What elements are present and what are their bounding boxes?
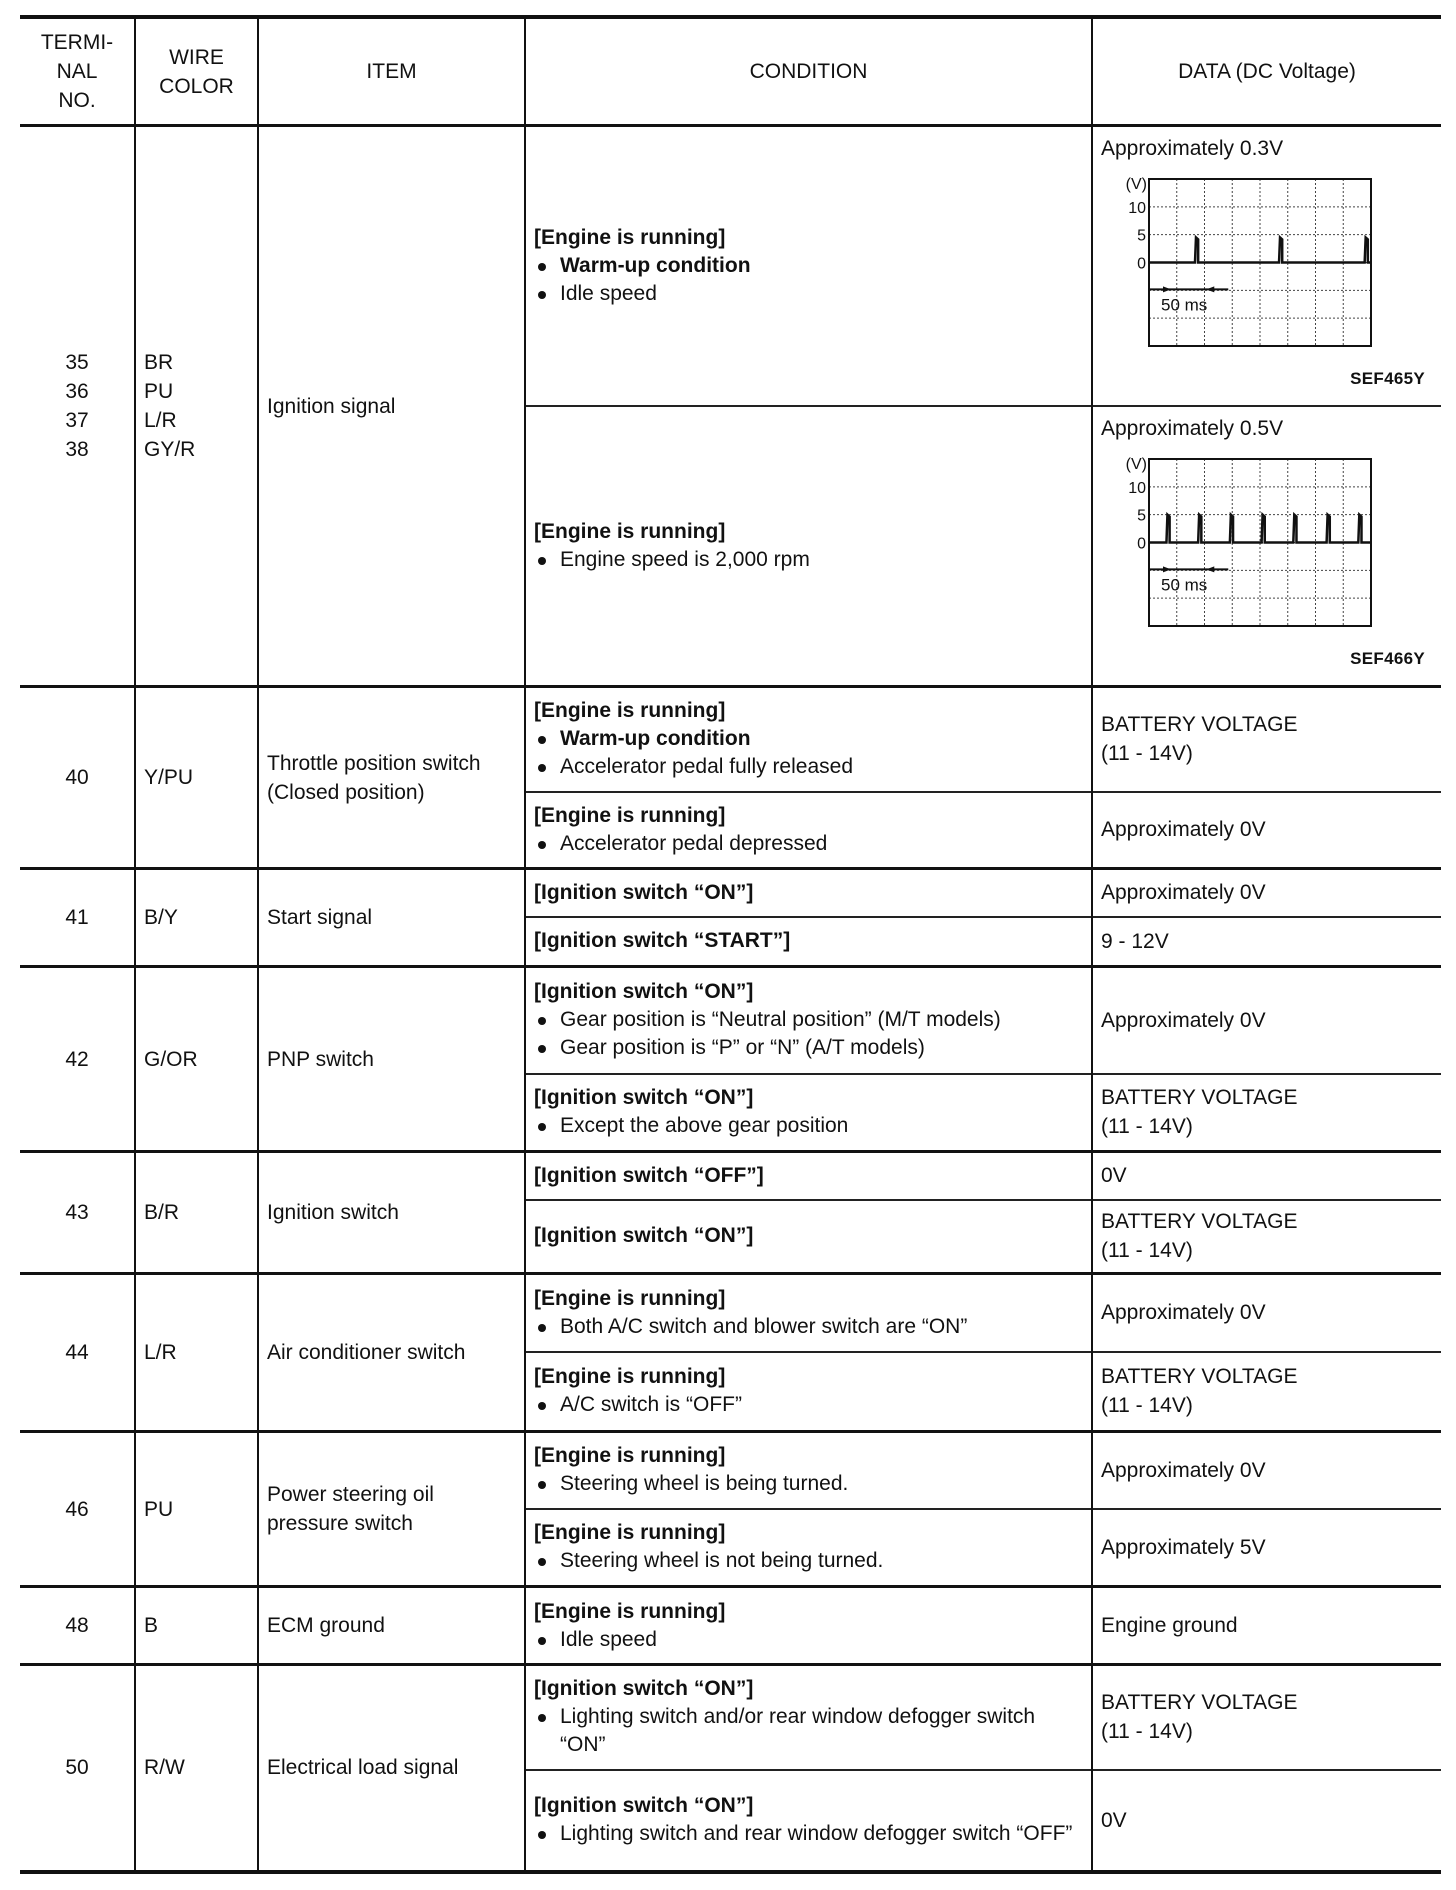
condition-heading: [Engine is running] bbox=[534, 1519, 1083, 1547]
condition-heading: [Ignition switch “ON”] bbox=[534, 1792, 1083, 1820]
item-name: Electrical load signal bbox=[267, 1753, 524, 1782]
condition-bullet: Gear position is “P” or “N” (A/T models) bbox=[534, 1034, 1083, 1062]
data-cell: BATTERY VOLTAGE(11 - 14V) bbox=[1092, 1074, 1441, 1152]
data-cell: BATTERY VOLTAGE(11 - 14V) bbox=[1092, 1665, 1441, 1770]
table-row: 35363738BRPUL/RGY/RIgnition signal[Engin… bbox=[20, 126, 1441, 407]
item-name: PNP switch bbox=[267, 1045, 524, 1074]
condition-cell: [Ignition switch “ON”]Except the above g… bbox=[525, 1074, 1092, 1152]
item-cell: Electrical load signal bbox=[258, 1665, 525, 1872]
terminal-no-cell: 46 bbox=[20, 1432, 135, 1587]
wire-color: PU bbox=[144, 1495, 257, 1524]
wire-color: Y/PU bbox=[144, 763, 257, 792]
table-row: 41B/YStart signal[Ignition switch “ON”]A… bbox=[20, 869, 1441, 917]
condition-cell: [Engine is running]Engine speed is 2,000… bbox=[525, 406, 1092, 687]
wire-color: PU bbox=[144, 377, 257, 406]
terminal-reference-page: TERMI-NALNO. WIRECOLOR ITEM CONDITION DA… bbox=[20, 15, 1441, 1874]
data-cell: Approximately 0V bbox=[1092, 967, 1441, 1074]
voltage-value: Approximately 0.5V bbox=[1101, 415, 1283, 443]
svg-text:10: 10 bbox=[1128, 200, 1146, 217]
condition-heading: [Ignition switch “ON”] bbox=[534, 1084, 1083, 1112]
voltage-value: BATTERY VOLTAGE bbox=[1101, 1207, 1433, 1236]
header-terminal-no: TERMI-NALNO. bbox=[20, 17, 135, 126]
terminal-no: 44 bbox=[20, 1338, 134, 1367]
condition-heading: [Ignition switch “ON”] bbox=[534, 879, 1083, 907]
terminal-no: 40 bbox=[20, 763, 134, 792]
condition-heading: [Engine is running] bbox=[534, 224, 1083, 252]
svg-text:50 ms: 50 ms bbox=[1161, 575, 1207, 594]
condition-heading: [Ignition switch “ON”] bbox=[534, 1222, 1083, 1250]
table-row: 42G/ORPNP switch[Ignition switch “ON”]Ge… bbox=[20, 967, 1441, 1074]
item-cell: PNP switch bbox=[258, 967, 525, 1152]
item-name: Ignition signal bbox=[267, 392, 524, 421]
wire-color: GY/R bbox=[144, 435, 257, 464]
terminal-no-cell: 48 bbox=[20, 1587, 135, 1665]
condition-cell: [Engine is running]A/C switch is “OFF” bbox=[525, 1352, 1092, 1432]
wire-color: R/W bbox=[144, 1753, 257, 1782]
item-name: Throttle position switch bbox=[267, 749, 524, 778]
condition-cell: [Engine is running]Warm-up conditionAcce… bbox=[525, 687, 1092, 792]
condition-bullet: A/C switch is “OFF” bbox=[534, 1391, 1083, 1419]
condition-bullet: Except the above gear position bbox=[534, 1112, 1083, 1140]
condition-bullet: Accelerator pedal fully released bbox=[534, 753, 1083, 781]
condition-cell: [Ignition switch “OFF”] bbox=[525, 1152, 1092, 1200]
voltage-value: 0V bbox=[1101, 1806, 1433, 1835]
terminal-no: 35 bbox=[20, 348, 134, 377]
svg-text:(V): (V) bbox=[1126, 176, 1147, 193]
table-body: 35363738BRPUL/RGY/RIgnition signal[Engin… bbox=[20, 126, 1441, 1872]
data-cell: BATTERY VOLTAGE(11 - 14V) bbox=[1092, 1352, 1441, 1432]
wire-color: L/R bbox=[144, 1338, 257, 1367]
data-cell: Approximately 0V bbox=[1092, 1274, 1441, 1352]
item-cell: Ignition switch bbox=[258, 1152, 525, 1274]
terminal-no-cell: 43 bbox=[20, 1152, 135, 1274]
condition-bullet: Steering wheel is being turned. bbox=[534, 1470, 1083, 1498]
terminal-no: 50 bbox=[20, 1753, 134, 1782]
terminal-no: 36 bbox=[20, 377, 134, 406]
header-text-line: NO. bbox=[20, 86, 134, 115]
terminal-no: 41 bbox=[20, 903, 134, 932]
voltage-value: Approximately 5V bbox=[1101, 1533, 1433, 1562]
data-cell: 0V bbox=[1092, 1152, 1441, 1200]
wire-color-cell: B bbox=[135, 1587, 258, 1665]
condition-cell: [Ignition switch “ON”]Gear position is “… bbox=[525, 967, 1092, 1074]
item-name: ECM ground bbox=[267, 1611, 524, 1640]
data-cell: Approximately 0V bbox=[1092, 1432, 1441, 1509]
condition-heading: [Engine is running] bbox=[534, 802, 1083, 830]
item-cell: Air conditioner switch bbox=[258, 1274, 525, 1432]
header-item: ITEM bbox=[258, 17, 525, 126]
condition-heading: [Engine is running] bbox=[534, 1442, 1083, 1470]
wire-color-cell: PU bbox=[135, 1432, 258, 1587]
condition-heading: [Engine is running] bbox=[534, 1285, 1083, 1313]
terminal-no: 37 bbox=[20, 406, 134, 435]
voltage-value: BATTERY VOLTAGE bbox=[1101, 710, 1433, 739]
voltage-value: (11 - 14V) bbox=[1101, 1112, 1433, 1141]
condition-bullet: Lighting switch and/or rear window defog… bbox=[534, 1703, 1083, 1759]
wire-color: BR bbox=[144, 348, 257, 377]
data-cell: Approximately 5V bbox=[1092, 1509, 1441, 1587]
svg-text:5: 5 bbox=[1137, 508, 1146, 525]
terminal-no-cell: 50 bbox=[20, 1665, 135, 1872]
header-text-line: COLOR bbox=[136, 72, 257, 101]
header-text-line: NAL bbox=[20, 57, 134, 86]
data-cell: 9 - 12V bbox=[1092, 917, 1441, 967]
voltage-value: (11 - 14V) bbox=[1101, 739, 1433, 768]
svg-text:5: 5 bbox=[1137, 228, 1146, 245]
item-cell: ECM ground bbox=[258, 1587, 525, 1665]
condition-bullet: Both A/C switch and blower switch are “O… bbox=[534, 1313, 1083, 1341]
header-data: DATA (DC Voltage) bbox=[1092, 17, 1441, 126]
condition-bullet: Warm-up condition bbox=[534, 725, 1083, 753]
wire-color-cell: R/W bbox=[135, 1665, 258, 1872]
voltage-value: (11 - 14V) bbox=[1101, 1391, 1433, 1420]
condition-cell: [Ignition switch “ON”]Lighting switch an… bbox=[525, 1770, 1092, 1872]
wire-color: L/R bbox=[144, 406, 257, 435]
item-name: pressure switch bbox=[267, 1509, 524, 1538]
voltage-value: (11 - 14V) bbox=[1101, 1717, 1433, 1746]
data-cell: Approximately 0.3V0510(V)50 msSEF465Y bbox=[1092, 126, 1441, 407]
condition-heading: [Engine is running] bbox=[534, 697, 1083, 725]
condition-heading: [Engine is running] bbox=[534, 1363, 1083, 1391]
data-cell: Approximately 0V bbox=[1092, 869, 1441, 917]
wire-color: B/Y bbox=[144, 903, 257, 932]
condition-cell: [Engine is running]Idle speed bbox=[525, 1587, 1092, 1665]
svg-text:50 ms: 50 ms bbox=[1161, 295, 1207, 314]
svg-text:(V): (V) bbox=[1126, 456, 1147, 473]
terminal-no: 38 bbox=[20, 435, 134, 464]
condition-heading: [Ignition switch “OFF”] bbox=[534, 1162, 1083, 1190]
ecm-terminal-table: TERMI-NALNO. WIRECOLOR ITEM CONDITION DA… bbox=[20, 15, 1441, 1874]
condition-bullet: Idle speed bbox=[534, 1626, 1083, 1654]
condition-bullet: Idle speed bbox=[534, 280, 1083, 308]
condition-cell: [Ignition switch “ON”] bbox=[525, 1200, 1092, 1274]
voltage-value: BATTERY VOLTAGE bbox=[1101, 1083, 1433, 1112]
item-name: Ignition switch bbox=[267, 1198, 524, 1227]
item-name: Air conditioner switch bbox=[267, 1338, 524, 1367]
condition-heading: [Engine is running] bbox=[534, 518, 1083, 546]
item-cell: Start signal bbox=[258, 869, 525, 967]
data-cell: Approximately 0.5V0510(V)50 msSEF466Y bbox=[1092, 406, 1441, 687]
item-cell: Ignition signal bbox=[258, 126, 525, 687]
svg-text:0: 0 bbox=[1137, 256, 1146, 273]
voltage-value: 0V bbox=[1101, 1161, 1433, 1190]
condition-heading: [Ignition switch “START”] bbox=[534, 927, 1083, 955]
wire-color: B bbox=[144, 1611, 257, 1640]
item-cell: Throttle position switch(Closed position… bbox=[258, 687, 525, 869]
terminal-no-cell: 40 bbox=[20, 687, 135, 869]
voltage-value: Approximately 0.3V bbox=[1101, 135, 1283, 163]
condition-heading: [Engine is running] bbox=[534, 1598, 1083, 1626]
data-cell: 0V bbox=[1092, 1770, 1441, 1872]
condition-bullet: Steering wheel is not being turned. bbox=[534, 1547, 1083, 1575]
voltage-value: Approximately 0V bbox=[1101, 1298, 1433, 1327]
condition-heading: [Ignition switch “ON”] bbox=[534, 1675, 1083, 1703]
data-cell: Approximately 0V bbox=[1092, 792, 1441, 869]
condition-cell: [Engine is running]Steering wheel is bei… bbox=[525, 1432, 1092, 1509]
data-cell: Engine ground bbox=[1092, 1587, 1441, 1665]
voltage-value: Approximately 0V bbox=[1101, 1456, 1433, 1485]
item-name: (Closed position) bbox=[267, 778, 524, 807]
item-cell: Power steering oilpressure switch bbox=[258, 1432, 525, 1587]
condition-bullet: Lighting switch and rear window defogger… bbox=[534, 1820, 1083, 1848]
table-header-row: TERMI-NALNO. WIRECOLOR ITEM CONDITION DA… bbox=[20, 17, 1441, 126]
condition-cell: [Engine is running]Both A/C switch and b… bbox=[525, 1274, 1092, 1352]
figure-code: SEF466Y bbox=[1350, 645, 1425, 673]
voltage-value: 9 - 12V bbox=[1101, 927, 1433, 956]
item-name: Power steering oil bbox=[267, 1480, 524, 1509]
terminal-no-cell: 41 bbox=[20, 869, 135, 967]
wire-color: B/R bbox=[144, 1198, 257, 1227]
condition-bullet: Warm-up condition bbox=[534, 252, 1083, 280]
terminal-no: 46 bbox=[20, 1495, 134, 1524]
condition-bullet: Gear position is “Neutral position” (M/T… bbox=[534, 1006, 1083, 1034]
voltage-value: Approximately 0V bbox=[1101, 815, 1433, 844]
wire-color-cell: Y/PU bbox=[135, 687, 258, 869]
condition-cell: [Ignition switch “ON”] bbox=[525, 869, 1092, 917]
voltage-value: Approximately 0V bbox=[1101, 878, 1433, 907]
figure-code: SEF465Y bbox=[1350, 365, 1425, 393]
voltage-value: Approximately 0V bbox=[1101, 1006, 1433, 1035]
terminal-no: 43 bbox=[20, 1198, 134, 1227]
terminal-no: 42 bbox=[20, 1045, 134, 1074]
header-text-line: WIRE bbox=[136, 43, 257, 72]
data-cell: BATTERY VOLTAGE(11 - 14V) bbox=[1092, 687, 1441, 792]
wire-color-cell: B/R bbox=[135, 1152, 258, 1274]
wire-color-cell: G/OR bbox=[135, 967, 258, 1152]
header-text-line: TERMI- bbox=[20, 28, 134, 57]
wire-color-cell: BRPUL/RGY/R bbox=[135, 126, 258, 687]
voltage-value: BATTERY VOLTAGE bbox=[1101, 1688, 1433, 1717]
condition-heading: [Ignition switch “ON”] bbox=[534, 978, 1083, 1006]
condition-cell: [Engine is running]Steering wheel is not… bbox=[525, 1509, 1092, 1587]
wire-color-cell: L/R bbox=[135, 1274, 258, 1432]
item-name: Start signal bbox=[267, 903, 524, 932]
voltage-value: BATTERY VOLTAGE bbox=[1101, 1362, 1433, 1391]
table-row: 40Y/PUThrottle position switch(Closed po… bbox=[20, 687, 1441, 792]
condition-bullet: Accelerator pedal depressed bbox=[534, 830, 1083, 858]
svg-text:0: 0 bbox=[1137, 536, 1146, 553]
oscilloscope-waveform-chart: 0510(V)50 ms bbox=[1121, 455, 1377, 632]
terminal-no-cell: 42 bbox=[20, 967, 135, 1152]
voltage-value: (11 - 14V) bbox=[1101, 1236, 1433, 1265]
table-row: 44L/RAir conditioner switch[Engine is ru… bbox=[20, 1274, 1441, 1352]
data-cell: BATTERY VOLTAGE(11 - 14V) bbox=[1092, 1200, 1441, 1274]
condition-cell: [Engine is running]Accelerator pedal dep… bbox=[525, 792, 1092, 869]
terminal-no: 48 bbox=[20, 1611, 134, 1640]
table-row: 48BECM ground[Engine is running]Idle spe… bbox=[20, 1587, 1441, 1665]
table-row: 46PUPower steering oilpressure switch[En… bbox=[20, 1432, 1441, 1509]
svg-text:10: 10 bbox=[1128, 480, 1146, 497]
condition-cell: [Engine is running]Warm-up conditionIdle… bbox=[525, 126, 1092, 407]
terminal-no-cell: 44 bbox=[20, 1274, 135, 1432]
header-condition: CONDITION bbox=[525, 17, 1092, 126]
wire-color: G/OR bbox=[144, 1045, 257, 1074]
condition-bullet: Engine speed is 2,000 rpm bbox=[534, 546, 1083, 574]
condition-cell: [Ignition switch “ON”]Lighting switch an… bbox=[525, 1665, 1092, 1770]
table-row: 43B/RIgnition switch[Ignition switch “OF… bbox=[20, 1152, 1441, 1200]
terminal-no-cell: 35363738 bbox=[20, 126, 135, 687]
condition-cell: [Ignition switch “START”] bbox=[525, 917, 1092, 967]
wire-color-cell: B/Y bbox=[135, 869, 258, 967]
oscilloscope-waveform-chart: 0510(V)50 ms bbox=[1121, 175, 1377, 352]
table-row: 50R/WElectrical load signal[Ignition swi… bbox=[20, 1665, 1441, 1770]
voltage-value: Engine ground bbox=[1101, 1611, 1433, 1640]
header-wire-color: WIRECOLOR bbox=[135, 17, 258, 126]
